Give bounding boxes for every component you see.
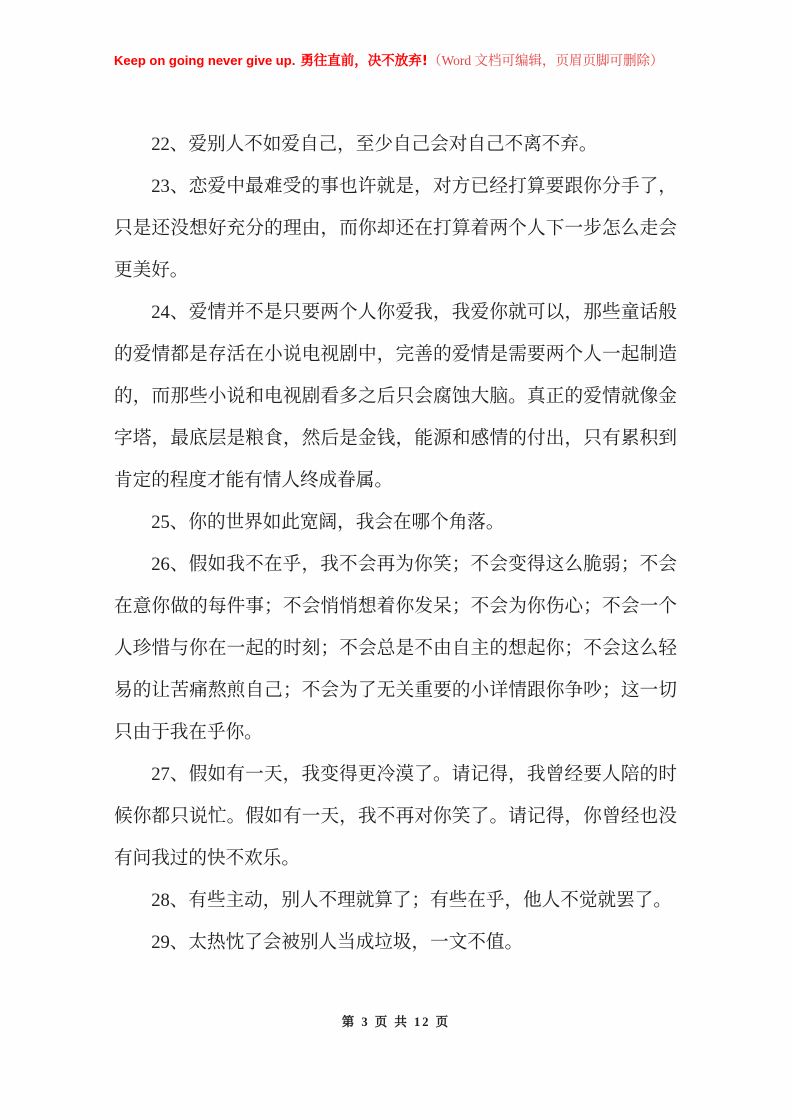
page-number-indicator: 第 3 页 共 12 页: [342, 1015, 450, 1029]
quote-paragraph-27: 27、假如有一天，我变得更冷漠了。请记得，我曾经要人陪的时候你都只说忙。假如有一…: [114, 754, 677, 880]
header-editable-note: （Word 文档可编辑，页眉页脚可删除）: [428, 53, 664, 68]
document-page: Keep on going never give up.勇往直前，决不放弃!（W…: [0, 0, 792, 1120]
quote-paragraph-25: 25、你的世界如此宽阔，我会在哪个角落。: [114, 502, 677, 544]
page-footer: 第 3 页 共 12 页: [0, 1012, 792, 1031]
header-motto-english: Keep on going never give up.: [114, 53, 295, 68]
quote-paragraph-28: 28、有些主动，别人不理就算了；有些在乎，他人不觉就罢了。: [114, 880, 677, 922]
quote-paragraph-22: 22、爱别人不如爱自己，至少自己会对自己不离不弃。: [114, 124, 677, 166]
header-motto-chinese: 勇往直前，决不放弃!: [300, 53, 428, 69]
quote-paragraph-29: 29、太热忱了会被别人当成垃圾，一文不值。: [114, 922, 677, 964]
page-header: Keep on going never give up.勇往直前，决不放弃!（W…: [114, 52, 678, 70]
quote-paragraph-26: 26、假如我不在乎，我不会再为你笑；不会变得这么脆弱；不会在意你做的每件事；不会…: [114, 544, 677, 754]
quote-paragraph-23: 23、恋爱中最难受的事也许就是，对方已经打算要跟你分手了，只是还没想好充分的理由…: [114, 166, 677, 292]
quote-paragraph-24: 24、爱情并不是只要两个人你爱我，我爱你就可以，那些童话般的爱情都是存活在小说电…: [114, 292, 677, 502]
document-body: 22、爱别人不如爱自己，至少自己会对自己不离不弃。 23、恋爱中最难受的事也许就…: [114, 124, 677, 964]
